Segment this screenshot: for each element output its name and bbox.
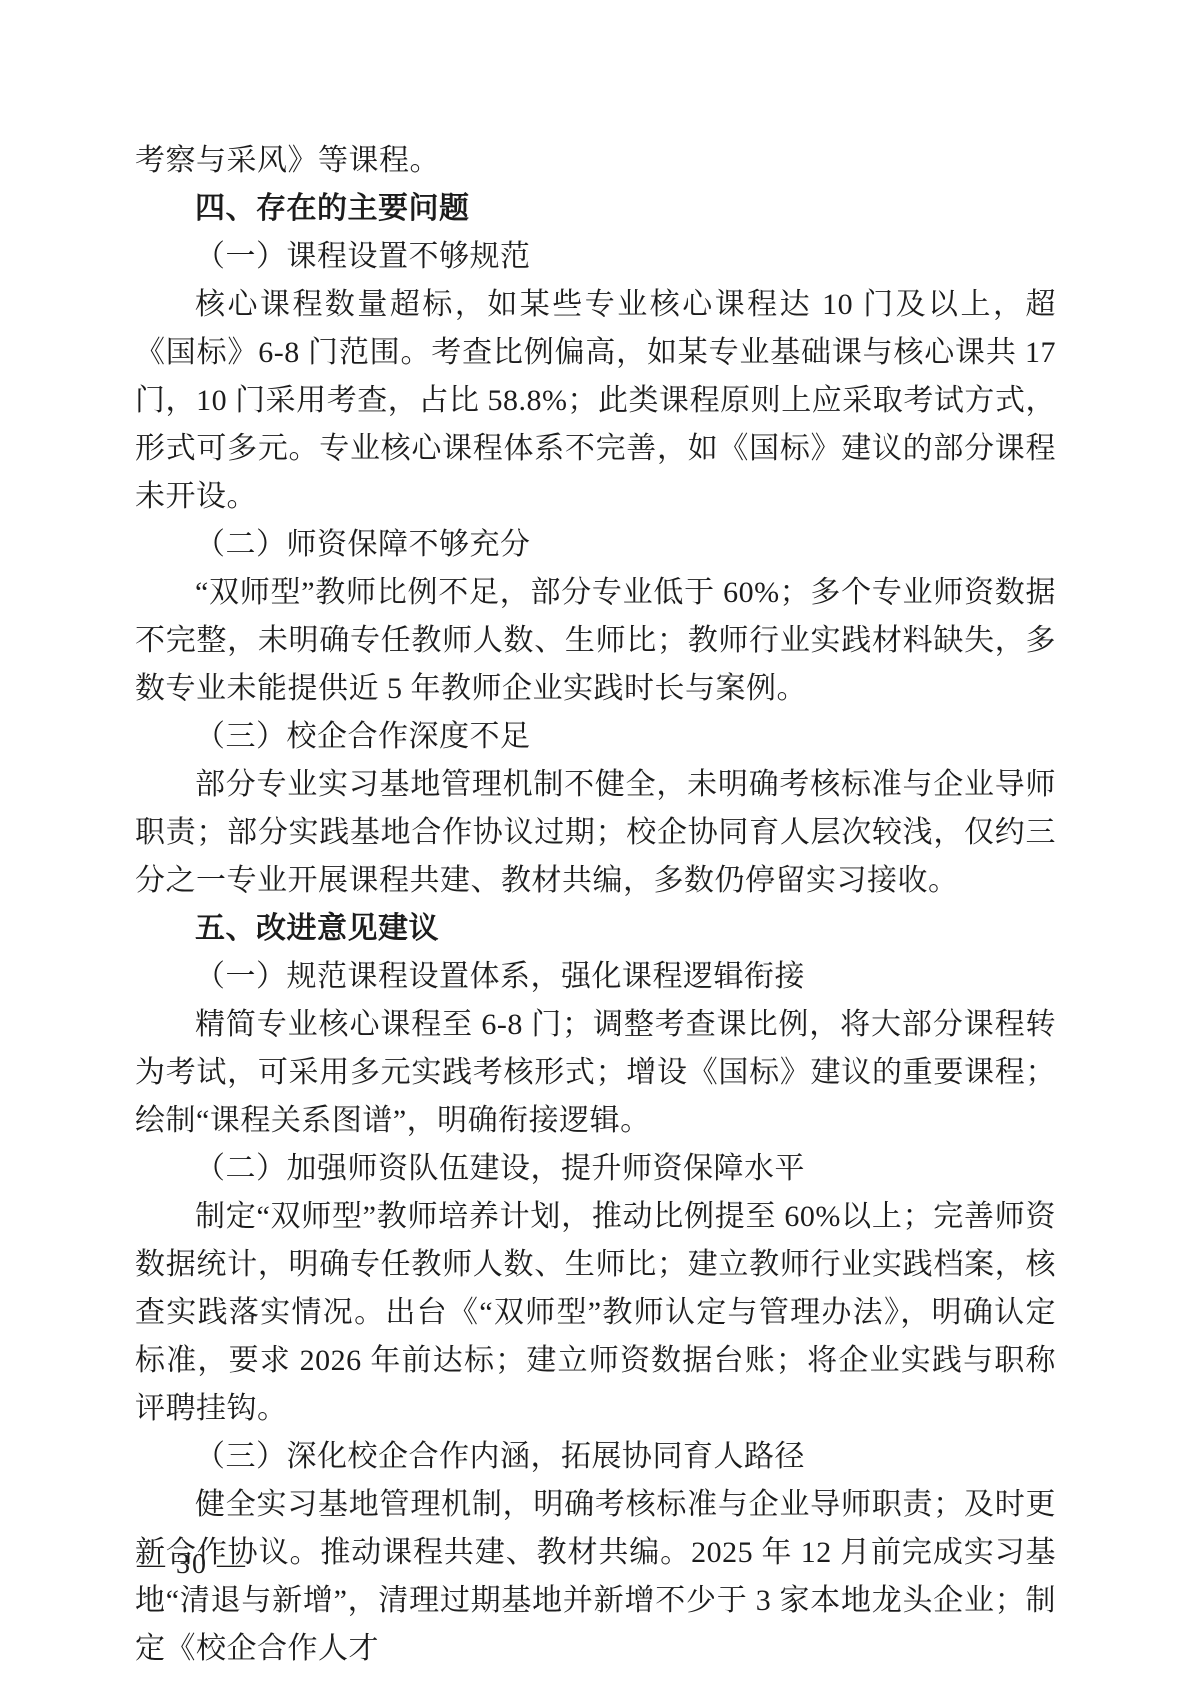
- paragraph-5-2: 制定“双师型”教师培养计划，推动比例提至 60%以上；完善师资数据统计，明确专任…: [135, 1193, 1056, 1433]
- subsection-heading-5-3: （三）深化校企合作内涵，拓展协同育人路径: [135, 1433, 1056, 1481]
- section-heading-5: 五、改进意见建议: [135, 905, 1056, 953]
- section-heading-4: 四、存在的主要问题: [135, 185, 1056, 233]
- paragraph-4-2: “双师型”教师比例不足，部分专业低于 60%；多个专业师资数据不完整，未明确专任…: [135, 569, 1056, 713]
- paragraph-4-1: 核心课程数量超标，如某些专业核心课程达 10 门及以上，超《国标》6-8 门范围…: [135, 281, 1056, 521]
- subsection-heading-4-2: （二）师资保障不够充分: [135, 521, 1056, 569]
- document-page: 考察与采风》等课程。 四、存在的主要问题 （一）课程设置不够规范 核心课程数量超…: [0, 0, 1191, 1684]
- document-body: 考察与采风》等课程。 四、存在的主要问题 （一）课程设置不够规范 核心课程数量超…: [135, 137, 1056, 1673]
- paragraph-5-3: 健全实习基地管理机制，明确考核标准与企业导师职责；及时更新合作协议。推动课程共建…: [135, 1481, 1056, 1673]
- subsection-heading-4-1: （一）课程设置不够规范: [135, 233, 1056, 281]
- subsection-heading-5-1: （一）规范课程设置体系，强化课程逻辑衔接: [135, 953, 1056, 1001]
- paragraph-4-3: 部分专业实习基地管理机制不健全，未明确考核标准与企业导师职责；部分实践基地合作协…: [135, 761, 1056, 905]
- page-number: — 30 —: [137, 1541, 247, 1589]
- paragraph-5-1: 精简专业核心课程至 6-8 门；调整考查课比例，将大部分课程转为考试，可采用多元…: [135, 1001, 1056, 1145]
- subsection-heading-5-2: （二）加强师资队伍建设，提升师资保障水平: [135, 1145, 1056, 1193]
- subsection-heading-4-3: （三）校企合作深度不足: [135, 713, 1056, 761]
- paragraph-continuation: 考察与采风》等课程。: [135, 137, 1056, 185]
